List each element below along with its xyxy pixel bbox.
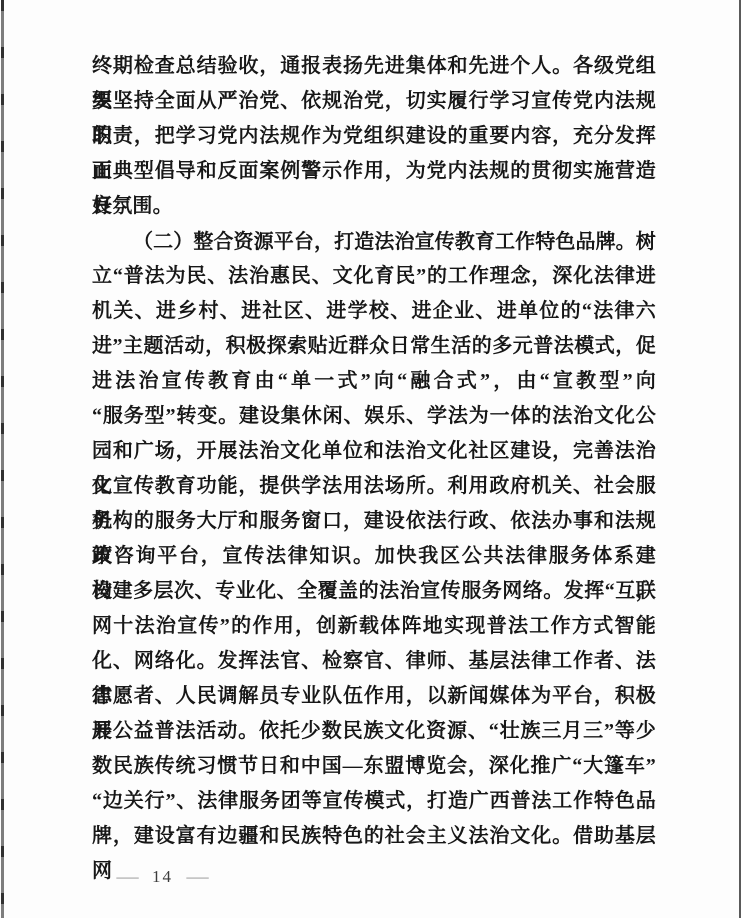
text-line: 志愿者、人民调解员专业队伍作用，以新闻媒体为平台，积极开 [92, 679, 656, 714]
text-line: 进”主题活动，积极探索贴近群众日常生活的多元普法模式，促 [92, 329, 656, 364]
text-line-section-heading: （二）整合资源平台，打造法治宣传教育工作特色品牌。树 [92, 224, 656, 259]
text-line: 数民族传统习惯节日和中国—东盟博览会，深化推广“大篷车” [92, 749, 656, 784]
scan-edge-line-left [1, 0, 4, 918]
text-line: 终期检查总结验收，通报表扬先进集体和先进个人。各级党组织 [92, 49, 656, 84]
text-line: 进法治宣传教育由“单一式”向“融合式”，由“宣教型”向 [92, 364, 656, 399]
text-line: 园和广场，开展法治文化单位和法治文化社区建设，完善法治文 [92, 434, 656, 469]
text-line: 展公益普法活动。依托少数民族文化资源、“壮族三月三”等少 [92, 714, 656, 749]
footer-dash-left: — [116, 867, 138, 887]
document-page: 终期检查总结验收，通报表扬先进集体和先进个人。各级党组织要坚持全面从严治党、依规… [0, 0, 741, 918]
text-line: 策咨询平台，宣传法律知识。加快我区公共法律服务体系建设， [92, 539, 656, 574]
page-footer: — 14 — [119, 866, 206, 888]
text-line: “服务型”转变。建设集休闲、娱乐、学法为一体的法治文化公 [92, 399, 656, 434]
text-line: 机构的服务大厅和服务窗口，建设依法行政、依法办事和法规政 [92, 504, 656, 539]
section-heading-tail: 树 [636, 231, 656, 253]
text-line: 要坚持全面从严治党、依规治党，切实履行学习宣传党内法规的 [92, 84, 656, 119]
text-line: 网十法治宣传”的作用，创新载体阵地实现普法工作方式智能 [92, 609, 656, 644]
text-line: 机关、进乡村、进社区、进学校、进企业、进单位的“法律六 [92, 294, 656, 329]
section-heading: （二）整合资源平台，打造法治宣传教育工作特色品牌。 [133, 229, 636, 253]
page-number: 14 [148, 867, 177, 887]
footer-dash-right: — [186, 867, 208, 887]
text-line: 立“普法为民、法治惠民、文化育民”的工作理念，深化法律进 [92, 259, 656, 294]
text-line: 构建多层次、专业化、全覆盖的法治宣传服务网络。发挥“互联 [92, 574, 656, 609]
document-body: 终期检查总结验收，通报表扬先进集体和先进个人。各级党组织要坚持全面从严治党、依规… [92, 49, 656, 854]
text-line: 好氛围。 [92, 189, 656, 224]
text-line: “边关行”、法律服务团等宣传模式，打造广西普法工作特色品 [92, 784, 656, 819]
text-line: 化、网络化。发挥法官、检察官、律师、基层法律工作者、法律 [92, 644, 656, 679]
text-line: 面典型倡导和反面案例警示作用，为党内法规的贯彻实施营造良 [92, 154, 656, 189]
text-line: 牌，建设富有边疆和民族特色的社会主义法治文化。借助基层网 [92, 819, 656, 854]
text-line: 化宣传教育功能，提供学法用法场所。利用政府机关、社会服务 [92, 469, 656, 504]
text-line: 职责，把学习党内法规作为党组织建设的重要内容，充分发挥正 [92, 119, 656, 154]
